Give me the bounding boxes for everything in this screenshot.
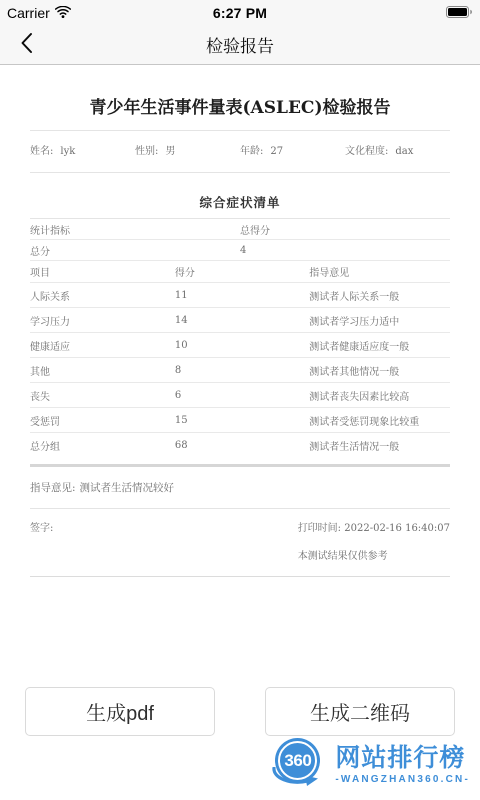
patient-info-row: 姓名:lyk 性别:男 年龄:27 文化程度:dax (30, 131, 450, 173)
wifi-icon (55, 5, 71, 21)
print-time: 打印时间: 2022-02-16 16:40:07 (298, 519, 450, 534)
summary-header-row: 统计指标 总得分 (30, 219, 450, 240)
header: Carrier 6:27 PM (0, 0, 480, 65)
info-education: 文化程度:dax (345, 142, 450, 157)
action-buttons: 生成pdf 生成二维码 (25, 687, 455, 736)
watermark: 360 网站排行榜 -WANGZHAN360.CN- (270, 738, 470, 792)
logo-360-icon: 360 (270, 738, 326, 792)
disclaimer: 本测试结果仅供参考 (298, 547, 450, 562)
page-title: 检验报告 (206, 32, 274, 57)
generate-pdf-button[interactable]: 生成pdf (25, 687, 215, 736)
table-row: 学习压力 14 测试者学习压力适中 (30, 308, 450, 333)
table-row: 丧失 6 测试者丧失因素比较高 (30, 383, 450, 408)
status-bar: Carrier 6:27 PM (0, 0, 480, 24)
signature-label: 签字: (30, 519, 53, 562)
nav-bar: 检验报告 (0, 24, 480, 64)
info-age: 年龄:27 (240, 142, 345, 157)
back-button[interactable] (6, 24, 46, 64)
watermark-site-url: -WANGZHAN360.CN- (335, 774, 470, 785)
table-row: 其他 8 测试者其他情况一般 (30, 358, 450, 383)
section-title: 综合症状清单 (30, 193, 450, 211)
report-title: 青少年生活事件量表(ASLEC)检验报告 (30, 65, 450, 118)
battery-icon (446, 5, 473, 21)
report-document: 青少年生活事件量表(ASLEC)检验报告 姓名:lyk 性别:男 年龄:27 文… (30, 65, 450, 577)
info-name: 姓名:lyk (30, 142, 135, 157)
signature-row: 签字: 打印时间: 2022-02-16 16:40:07 本测试结果仅供参考 (30, 509, 450, 577)
clock-label: 6:27 PM (127, 5, 353, 21)
info-gender: 性别:男 (135, 142, 240, 157)
watermark-site-name: 网站排行榜 (335, 745, 465, 773)
chevron-left-icon (20, 32, 33, 57)
table-row: 人际关系 11 测试者人际关系一般 (30, 283, 450, 308)
table-row: 健康适应 10 测试者健康适应度一般 (30, 333, 450, 358)
carrier-label: Carrier (7, 5, 50, 21)
summary-value-row: 总分 4 (30, 240, 450, 261)
detail-header-row: 项目 得分 指导意见 (30, 261, 450, 283)
guidance-row: 指导意见:测试者生活情况较好 (30, 467, 450, 509)
guidance-label: 指导意见: (30, 482, 76, 494)
table-row: 总分组 68 测试者生活情况一般 (30, 433, 450, 458)
generate-qrcode-button[interactable]: 生成二维码 (265, 687, 455, 736)
guidance-value: 测试者生活情况较好 (80, 482, 175, 494)
table-row: 受惩罚 15 测试者受惩罚现象比较重 (30, 408, 450, 433)
